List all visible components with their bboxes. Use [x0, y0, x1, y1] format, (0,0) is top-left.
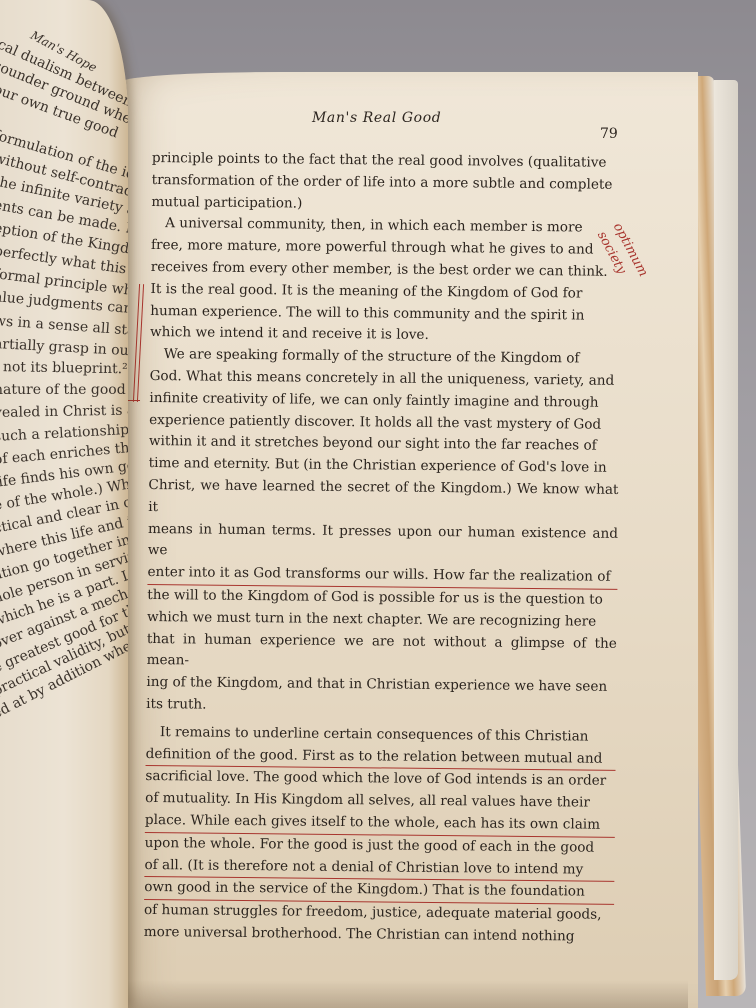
page-body-text: principle points to the fact that the re…: [144, 148, 622, 949]
text-line: more universal brotherhood. The Christia…: [144, 922, 614, 949]
bottom-shadow: [128, 980, 688, 1008]
text-line: means in human terms. It presses upon ou…: [148, 519, 618, 568]
margin-tick-annotation: [128, 400, 140, 401]
text-line: Christ, we have learned the secret of th…: [148, 475, 618, 524]
right-page: Man's Real Good 79 optimum society princ…: [122, 72, 698, 1008]
margin-double-line-annotation: [133, 284, 144, 402]
running-head: Man's Real Good: [312, 110, 441, 126]
book-cover-edge: [714, 80, 738, 980]
left-page: Man's Hope ical dualism between sounder …: [0, 0, 128, 1008]
text-line: nature of the good has: [0, 379, 128, 402]
left-page-text: Man's Hope ical dualism between sounder …: [0, 8, 128, 727]
text-line: that in human experience we are not with…: [147, 629, 617, 678]
page-number: 79: [600, 126, 618, 142]
